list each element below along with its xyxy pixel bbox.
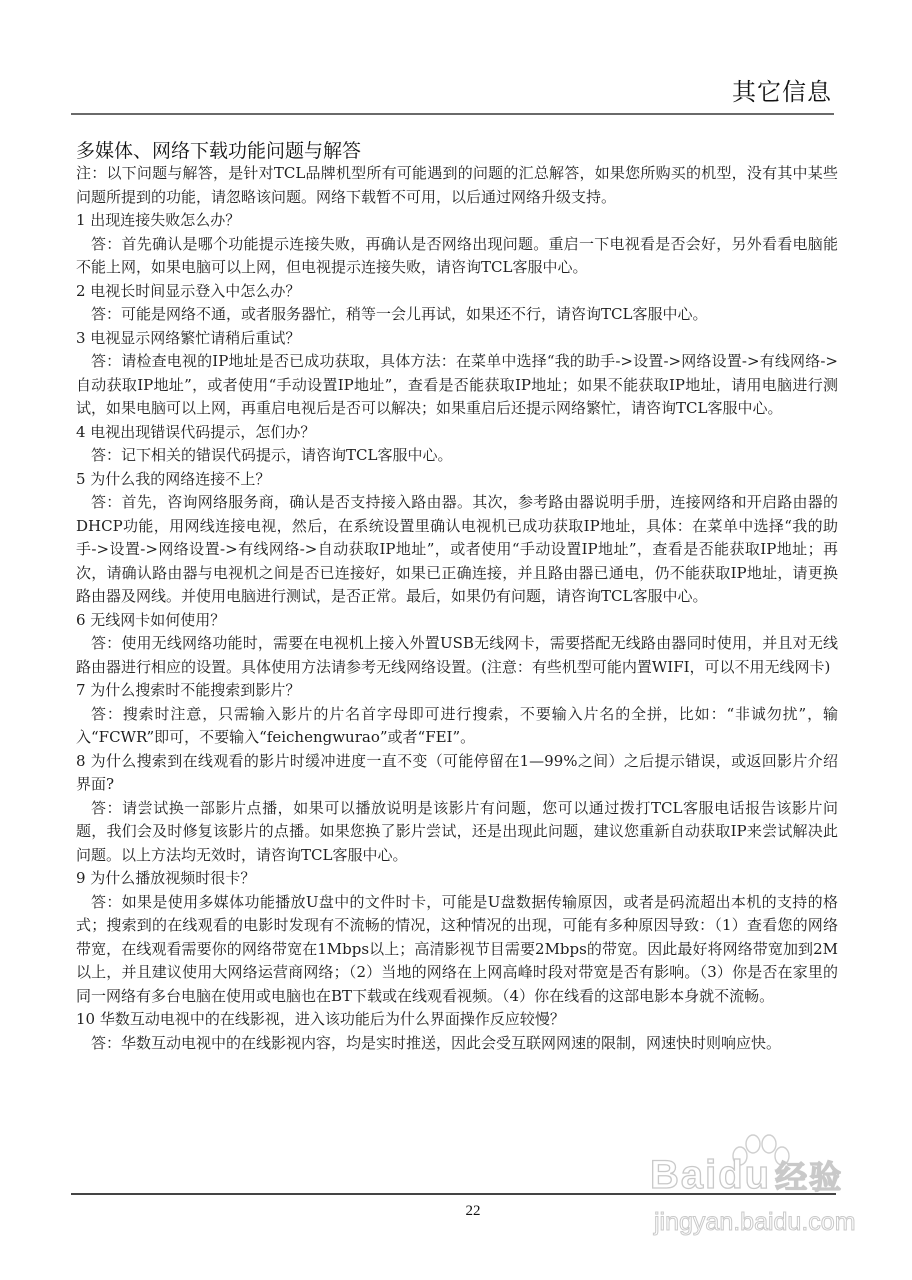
faq-question-8: 8 为什么搜索到在线观看的影片时缓冲进度一直不变（可能停留在1—99%之间）之后…	[76, 750, 838, 797]
faq-answer-4: 答：记下相关的错误代码提示，请咨询TCL客服中心。	[76, 444, 838, 468]
watermark-brand-right: du	[718, 1153, 771, 1197]
section-note: 注：以下问题与解答，是针对TCL品牌机型所有可能遇到的问题的汇总解答，如果您所购…	[76, 162, 838, 209]
document-content: 多媒体、网络下载功能问题与解答 注：以下问题与解答，是针对TCL品牌机型所有可能…	[76, 138, 838, 1055]
faq-question-1: 1 出现连接失败怎么办？	[76, 209, 838, 233]
faq-question-3: 3 电视显示网络繁忙请稍后重试？	[76, 327, 838, 351]
footer-divider	[71, 1193, 836, 1195]
faq-question-6: 6 无线网卡如何使用？	[76, 609, 838, 633]
faq-question-2: 2 电视长时间显示登入中怎么办？	[76, 280, 838, 304]
watermark-brand-left: Bai	[650, 1153, 718, 1197]
page-header-title: 其它信息	[732, 72, 832, 107]
faq-answer-1: 答：首先确认是哪个功能提示连接失败，再确认是否网络出现问题。重启一下电视看是否会…	[76, 233, 838, 280]
faq-question-9: 9 为什么播放视频时很卡？	[76, 867, 838, 891]
faq-question-7: 7 为什么搜索时不能搜索到影片？	[76, 679, 838, 703]
faq-question-4: 4 电视出现错误代码提示，怎们办？	[76, 421, 838, 445]
faq-answer-8: 答：请尝试换一部影片点播，如果可以播放说明是该影片有问题，您可以通过拨打TCL客…	[76, 797, 838, 868]
watermark-brand-suffix: 经验	[775, 1159, 843, 1195]
faq-question-5: 5 为什么我的网络连接不上？	[76, 468, 838, 492]
header-divider	[71, 113, 834, 115]
section-title: 多媒体、网络下载功能问题与解答	[76, 138, 838, 162]
faq-answer-6: 答：使用无线网络功能时，需要在电视机上接入外置USB无线网卡，需要搭配无线路由器…	[76, 632, 838, 679]
faq-answer-7: 答：搜索时注意，只需输入影片的片名首字母即可进行搜索，不要输入片名的全拼，比如：…	[76, 703, 838, 750]
faq-answer-10: 答：华数互动电视中的在线影视内容，均是实时推送，因此会受互联网网速的限制，网速快…	[76, 1032, 838, 1056]
faq-answer-3: 答：请检查电视的IP地址是否已成功获取，具体方法：在菜单中选择“我的助手->设置…	[76, 350, 838, 421]
faq-answer-5: 答：首先，咨询网络服务商，确认是否支持接入路由器。其次，参考路由器说明手册，连接…	[76, 491, 838, 609]
faq-answer-2: 答：可能是网络不通，或者服务器忙，稍等一会儿再试，如果还不行，请咨询TCL客服中…	[76, 303, 838, 327]
baidu-watermark: Baidu经验 jingyan.baidu.com	[650, 1140, 880, 1250]
faq-question-10: 10 华数互动电视中的在线影视，进入该功能后为什么界面操作反应较慢？	[76, 1008, 838, 1032]
body-text: 注：以下问题与解答，是针对TCL品牌机型所有可能遇到的问题的汇总解答，如果您所购…	[76, 162, 838, 1055]
faq-answer-9: 答：如果是使用多媒体功能播放U盘中的文件时卡，可能是U盘数据传输原因，或者是码流…	[76, 891, 838, 1009]
paw-icon	[726, 1132, 796, 1172]
page-number: 22	[0, 1203, 912, 1220]
watermark-brand: Baidu经验	[650, 1152, 843, 1198]
